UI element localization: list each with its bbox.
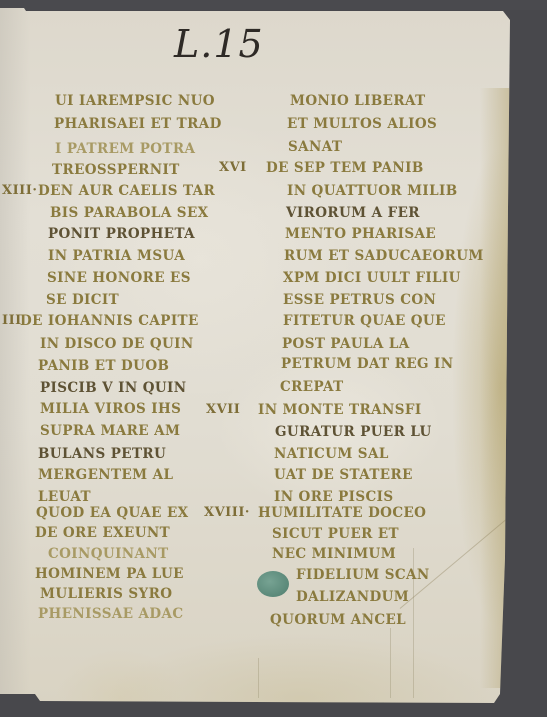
text-line: milia viros ihs bbox=[40, 401, 181, 417]
background-border bbox=[0, 0, 547, 10]
text-line: supra mare am bbox=[40, 423, 180, 439]
text-line: se dicit bbox=[46, 292, 119, 308]
text-line: quod ea quae ex bbox=[36, 505, 189, 521]
text-line: in monte transfi bbox=[258, 402, 422, 418]
text-line: coinquinant bbox=[48, 546, 169, 562]
ruling-line bbox=[390, 628, 391, 698]
text-line: monio liberat bbox=[290, 93, 426, 109]
text-line: in disco de quin bbox=[40, 336, 194, 352]
text-line: virorum a fer bbox=[286, 205, 420, 221]
text-line: hominem pa lue bbox=[35, 566, 184, 582]
text-line: phenissae adac bbox=[38, 606, 184, 622]
text-line: bulans petru bbox=[38, 446, 166, 462]
text-line: uat de statere bbox=[274, 467, 413, 483]
text-line: esse petrus con bbox=[283, 292, 436, 308]
text-line: petrum dat reg in bbox=[281, 356, 454, 372]
text-line: rum et saducaeorum bbox=[284, 248, 484, 264]
chapter-numeral: III bbox=[2, 313, 22, 329]
text-line: quorum ancel bbox=[270, 612, 406, 628]
text-line: de ore exeunt bbox=[35, 525, 170, 541]
chapter-numeral: XVIII· bbox=[204, 505, 250, 521]
text-line: xpm dici uult filiu bbox=[283, 270, 461, 286]
text-line: in patria msua bbox=[48, 248, 185, 264]
text-line: fidelium scan bbox=[296, 567, 430, 583]
decorated-initial bbox=[257, 571, 289, 597]
text-line: nec minimum bbox=[272, 546, 396, 562]
text-line: crepat bbox=[280, 379, 344, 395]
text-line: fitetur quae que bbox=[283, 313, 446, 329]
text-line: dalizandum bbox=[296, 589, 409, 605]
text-line: i patrem potra bbox=[55, 141, 195, 157]
text-line: mergentem al bbox=[38, 467, 173, 483]
leaf-edge-stain bbox=[480, 88, 510, 688]
text-line: de sep tem panib bbox=[266, 160, 424, 176]
text-line: den aur caelis tar bbox=[38, 183, 215, 199]
text-line: ui iarempsic nuo bbox=[55, 93, 215, 109]
text-line: sine honore es bbox=[47, 270, 191, 286]
text-line: piscib v in quin bbox=[40, 380, 187, 396]
text-line: post paula la bbox=[282, 336, 410, 352]
text-line: guratur puer lu bbox=[275, 424, 432, 440]
text-line: treosspernit bbox=[52, 162, 180, 178]
text-line: humilitate doceo bbox=[258, 505, 426, 521]
ruling-line bbox=[258, 658, 259, 698]
text-line: de iohannis capite bbox=[20, 313, 199, 329]
text-line: naticum sal bbox=[274, 446, 389, 462]
text-line: in quattuor milib bbox=[287, 183, 458, 199]
text-line: sanat bbox=[288, 139, 342, 155]
folio-number: L.15 bbox=[174, 22, 264, 66]
text-line: mento pharisae bbox=[285, 226, 436, 242]
text-line: pharisaei et trad bbox=[54, 116, 222, 132]
chapter-numeral: XIII· bbox=[2, 183, 37, 199]
chapter-numeral: XVII bbox=[206, 402, 240, 418]
text-line: et multos alios bbox=[287, 116, 437, 132]
text-line: panib et duob bbox=[38, 358, 169, 374]
text-line: ponit propheta bbox=[48, 226, 195, 242]
text-line: mulieris syro bbox=[40, 586, 172, 602]
text-line: in ore piscis bbox=[274, 489, 394, 505]
text-line: leuat bbox=[38, 489, 91, 505]
text-line: sicut puer et bbox=[272, 526, 399, 542]
manuscript-scene: L.15 ui iarempsic nuo pharisaei et trad … bbox=[0, 0, 547, 717]
chapter-numeral: XVI bbox=[219, 160, 247, 176]
leaf-edge-shadow bbox=[0, 8, 30, 703]
text-line: bis parabola sex bbox=[50, 205, 209, 221]
